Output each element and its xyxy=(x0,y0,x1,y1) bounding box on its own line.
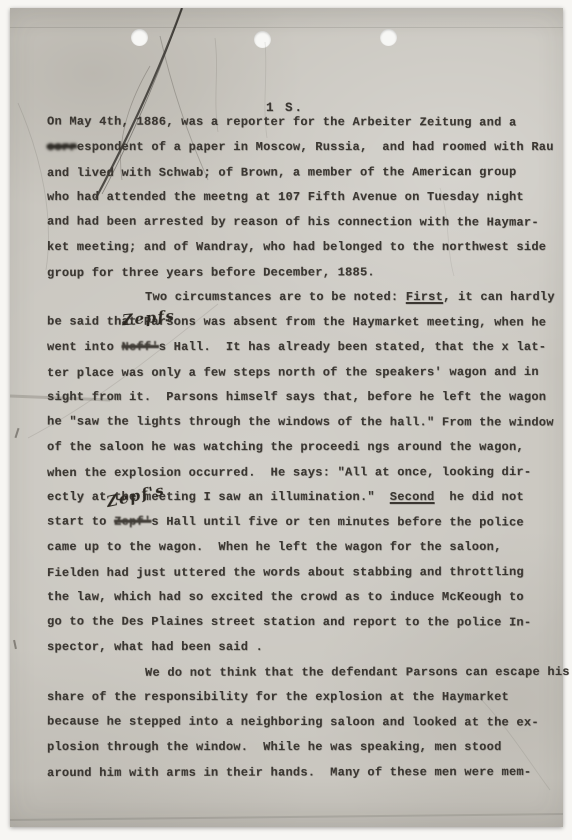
typed-word: who had attended the meetng at 107 Fifth… xyxy=(47,190,524,204)
typed-word: because he stepped into a neighboring sa… xyxy=(47,714,539,729)
typed-word: s Hall until five or ten minutes before … xyxy=(151,515,524,530)
text-line: he "saw the lights through the windows o… xyxy=(47,409,539,435)
text-line: when the explosion occurred. He says: "A… xyxy=(47,460,539,486)
typed-word: Two circumstances are to be noted: xyxy=(145,290,406,304)
typed-word: the law, which had so excited the crowd … xyxy=(47,590,524,604)
typed-word: group for three years before December, 1… xyxy=(47,265,375,280)
typed-word: spector, what had been said . xyxy=(47,640,263,654)
punch-hole xyxy=(131,29,148,46)
text-line: because he stepped into a neighboring sa… xyxy=(47,709,539,735)
typed-word: On May 4th, 1886, was a reporter for the… xyxy=(47,114,516,129)
text-line: and lived with Schwab; of Brown, a membe… xyxy=(47,160,539,186)
typed-word: We do not think that the defendant Parso… xyxy=(145,665,570,680)
typed-word: around him with arms in their hands. Man… xyxy=(47,765,531,780)
margin-mark xyxy=(13,640,17,649)
typed-text: On May 4th, 1886, was a reporter for the… xyxy=(47,110,539,785)
typed-word: came up to the wagon. When he left the w… xyxy=(47,540,502,554)
text-line: around him with arms in their hands. Man… xyxy=(47,760,539,786)
scanned-page: 1 S. On May 4th, 1886, was a reporter fo… xyxy=(10,8,563,827)
typed-word: sight from it. Parsons himself says that… xyxy=(47,390,546,404)
typed-word: ter place was only a few steps north of … xyxy=(47,365,539,380)
text-line: correspondent of a paper in Moscow, Russ… xyxy=(47,135,539,160)
typed-word: go to the Des Plaines street station and… xyxy=(47,614,531,629)
text-line: the law, which had so excited the crowd … xyxy=(47,585,539,610)
typed-word: of the saloon he was watching the procee… xyxy=(47,440,524,454)
text-line: share of the responsibility for the expl… xyxy=(47,685,539,710)
typed-word: s Hall. It has already been stated, that… xyxy=(159,340,546,354)
handwritten-correction: Zepfs xyxy=(121,308,176,329)
text-line: group for three years before December, 1… xyxy=(47,260,539,286)
struck-word: Neff' xyxy=(122,340,159,354)
typed-word: ectly at the meeting I saw an illuminati… xyxy=(47,490,390,504)
text-line: plosion through the window. While he was… xyxy=(47,735,539,760)
typed-word: espondent of a paper in Moscow, Russia, … xyxy=(77,140,554,154)
text-line: start to Zepf's Hall until five or ten m… xyxy=(47,509,539,535)
typed-word: Fielden had just uttered the words about… xyxy=(47,565,524,580)
typed-word: and had been arrested by reason of his c… xyxy=(47,214,539,229)
punch-hole xyxy=(254,31,271,48)
typed-word: start to xyxy=(47,514,114,528)
text-line: ket meeting; and of Wandray, who had bel… xyxy=(47,235,539,260)
typed-word: when the explosion occurred. He says: "A… xyxy=(47,465,531,480)
typed-word: and lived with Schwab; of Brown, a membe… xyxy=(47,165,516,180)
text-line: sight from it. Parsons himself says that… xyxy=(47,385,539,410)
text-line: who had attended the meetng at 107 Fifth… xyxy=(47,185,539,210)
underlined-word: Second xyxy=(390,490,435,504)
typed-word: , it can hardly xyxy=(443,290,555,304)
punch-hole xyxy=(380,29,397,46)
text-line: came up to the wagon. When he left the w… xyxy=(47,535,539,560)
struck-word: Zepf' xyxy=(114,515,151,529)
text-line: On May 4th, 1886, was a reporter for the… xyxy=(47,109,539,135)
text-line: go to the Des Plaines street station and… xyxy=(47,609,539,635)
text-line: and had been arrested by reason of his c… xyxy=(47,209,539,235)
typed-word: he did not xyxy=(434,490,523,504)
margin-mark xyxy=(15,428,20,438)
typed-word: went into xyxy=(47,340,122,354)
smudged-word: corr xyxy=(47,140,77,154)
text-line: We do not think that the defendant Parso… xyxy=(47,660,539,686)
text-line: of the saloon he was watching the procee… xyxy=(47,435,539,460)
typed-word: plosion through the window. While he was… xyxy=(47,740,502,754)
underlined-word: First xyxy=(406,290,443,304)
typed-word: share of the responsibility for the expl… xyxy=(47,690,509,704)
typed-word: ket meeting; and of Wandray, who had bel… xyxy=(47,240,546,254)
text-line: Fielden had just uttered the words about… xyxy=(47,560,539,586)
text-line: spector, what had been said . xyxy=(47,635,539,660)
typed-word: he "saw the lights through the windows o… xyxy=(47,414,554,429)
text-line: Two circumstances are to be noted: First… xyxy=(47,285,539,310)
text-line: went into Neff's Hall. It has already be… xyxy=(47,335,539,360)
text-line: ter place was only a few steps north of … xyxy=(47,360,539,386)
